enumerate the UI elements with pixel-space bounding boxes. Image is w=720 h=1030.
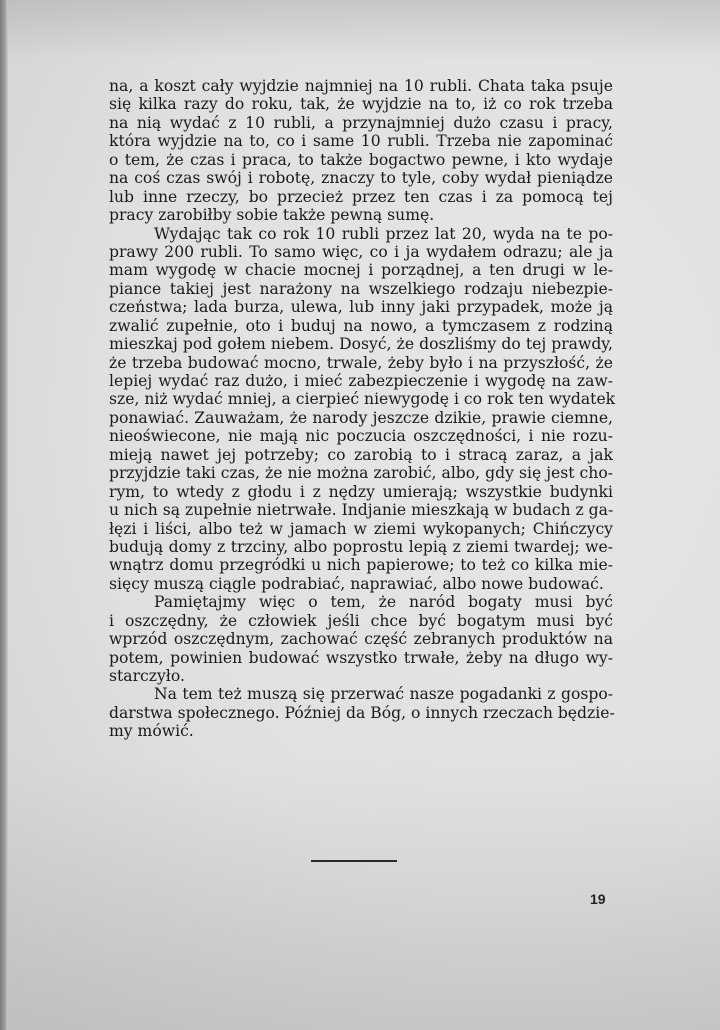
text-line: zwalić zupełnie, oto i buduj na nowo, a … bbox=[109, 317, 613, 335]
body-text: na, a koszt cały wyjdzie najmniej na 10 … bbox=[109, 77, 613, 741]
text-line: prawy 200 rubli. To samo więc, co i ja w… bbox=[109, 243, 613, 261]
text-line: u nich są zupełnie nietrwałe. Indjanie m… bbox=[109, 501, 613, 519]
scan-shadow-bottom bbox=[0, 760, 720, 1030]
text-line: rym, to wtedy z głodu i z nędzy umierają… bbox=[109, 483, 613, 501]
text-line: lepiej wydać raz dużo, i mieć zabezpiecz… bbox=[109, 372, 613, 390]
text-line: budują domy z trzciny, albo poprostu lep… bbox=[109, 538, 613, 556]
text-line: pracy zarobiłby sobie także pewną sumę. bbox=[109, 206, 613, 224]
text-line: czeństwa; lada burza, ulewa, lub inny ja… bbox=[109, 298, 613, 316]
text-line: potem, powinien budować wszystko trwałe,… bbox=[109, 649, 613, 667]
text-line: ponawiać. Zauważam, że narody jeszcze dz… bbox=[109, 409, 613, 427]
text-line: przyjdzie taki czas, że nie można zarobi… bbox=[109, 464, 613, 482]
text-line: na nią wydać z 10 rubli, a przynajmniej … bbox=[109, 114, 613, 132]
text-line: wnątrz domu przegródki u nich papierowe;… bbox=[109, 556, 613, 574]
text-line: my mówić. bbox=[109, 722, 613, 740]
text-line: Pamiętajmy więc o tem, że naród bogaty m… bbox=[109, 593, 613, 611]
text-line: że trzeba budować mocno, trwale, żeby by… bbox=[109, 354, 613, 372]
text-line: o tem, że czas i praca, to także bogactw… bbox=[109, 151, 613, 169]
text-line: wprzód oszczędnym, zachować część zebran… bbox=[109, 630, 613, 648]
text-line: mieją nawet jej potrzeby; co zarobią to … bbox=[109, 446, 613, 464]
text-line: łęzi i liści, albo też w jamach w ziemi … bbox=[109, 520, 613, 538]
text-line: mam wygodę w chacie mocnej i porządnej, … bbox=[109, 261, 613, 279]
text-line: na, a koszt cały wyjdzie najmniej na 10 … bbox=[109, 77, 613, 95]
text-line: się kilka razy do roku, tak, że wyjdzie … bbox=[109, 95, 613, 113]
text-line: mieszkaj pod gołem niebem. Dosyć, że dos… bbox=[109, 335, 613, 353]
text-line: sze, niż wydać mniej, a cierpieć niewygo… bbox=[109, 390, 613, 408]
scan-shadow-top bbox=[0, 0, 720, 60]
scanned-page: na, a koszt cały wyjdzie najmniej na 10 … bbox=[0, 0, 720, 1030]
text-line: i oszczędny, że człowiek jeśli chce być … bbox=[109, 612, 613, 630]
text-line: starczyło. bbox=[109, 667, 613, 685]
text-line: nieoświecone, nie mają nic poczucia oszc… bbox=[109, 427, 613, 445]
text-line: Na tem też muszą się przerwać nasze poga… bbox=[109, 685, 613, 703]
book-binding-edge bbox=[0, 0, 8, 1030]
section-end-rule bbox=[311, 860, 397, 862]
text-line: lub inne rzeczy, bo przecież przez ten c… bbox=[109, 188, 613, 206]
page-number: 19 bbox=[590, 891, 606, 907]
text-line: sięcy muszą ciągle podrabiać, naprawiać,… bbox=[109, 575, 613, 593]
text-line: piance takiej jest narażony na wszelkieg… bbox=[109, 280, 613, 298]
text-line: Wydając tak co rok 10 rubli przez lat 20… bbox=[109, 225, 613, 243]
text-line: która wyjdzie na to, co i same 10 rubli.… bbox=[109, 132, 613, 150]
text-line: darstwa społecznego. Później da Bóg, o i… bbox=[109, 704, 613, 722]
text-line: na coś czas swój i robotę, znaczy to tyl… bbox=[109, 169, 613, 187]
